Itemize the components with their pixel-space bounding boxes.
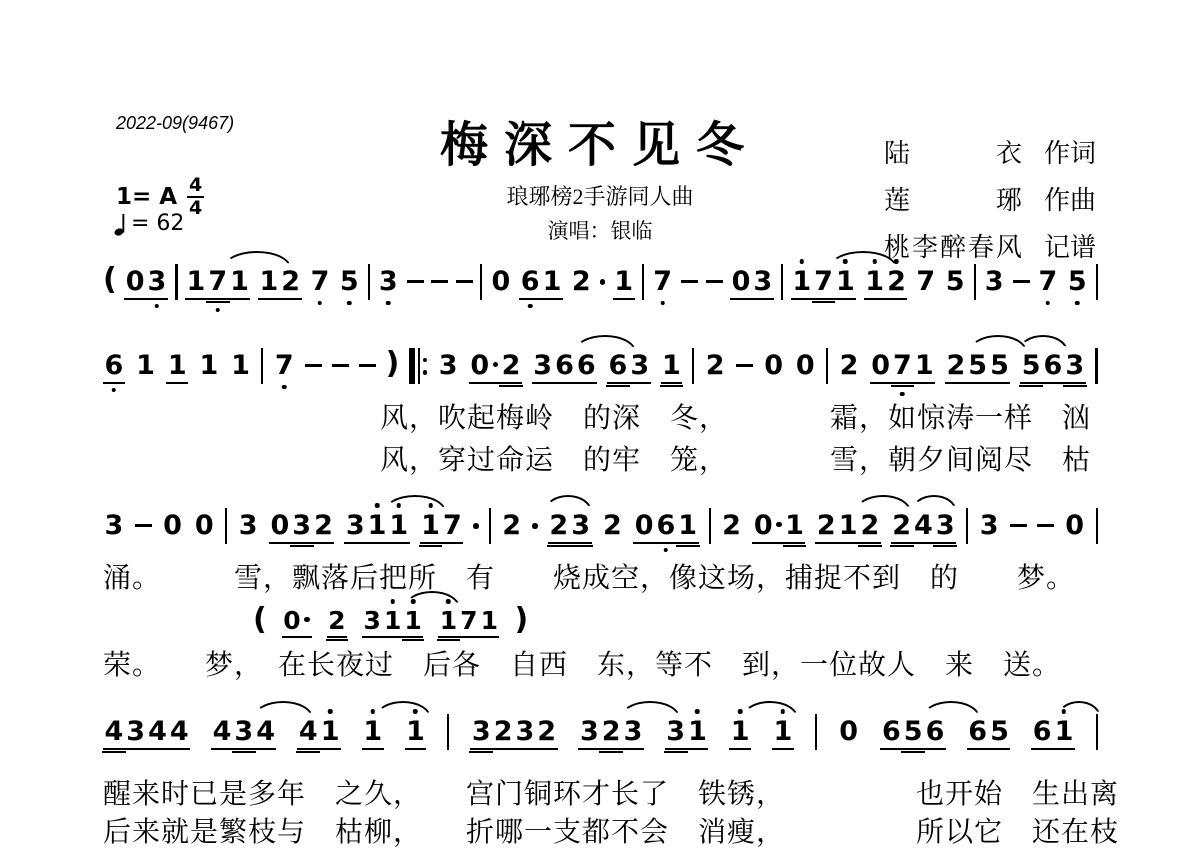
music-note: 0 bbox=[490, 268, 512, 295]
music-note: 2 bbox=[501, 512, 523, 539]
music-note: 1 bbox=[405, 718, 427, 745]
note-group: 23 bbox=[548, 512, 592, 544]
note-group: 171 bbox=[438, 608, 499, 638]
music-note: 5 bbox=[989, 718, 1011, 745]
music-note: 3 bbox=[237, 512, 259, 539]
music-note: 6 bbox=[519, 268, 541, 295]
credit-name-char: 风 bbox=[996, 227, 1022, 264]
barline bbox=[261, 348, 263, 384]
music-note: 1 bbox=[791, 268, 813, 295]
note-group: 12 bbox=[864, 268, 908, 300]
repeat-dots bbox=[423, 348, 428, 384]
music-note: 1 bbox=[230, 352, 252, 379]
barline bbox=[489, 508, 491, 544]
note-group: 61 bbox=[519, 268, 563, 300]
repeat-sign bbox=[409, 348, 427, 384]
duration-dash bbox=[135, 524, 152, 527]
music-note: 0 bbox=[162, 512, 184, 539]
music-note: 3 bbox=[665, 718, 687, 745]
music-note: 2 bbox=[815, 512, 837, 539]
music-note: 7 bbox=[1037, 268, 1059, 295]
music-note: 2 bbox=[721, 512, 743, 539]
music-note: 0 bbox=[838, 718, 860, 745]
credit-role: 记谱 bbox=[1044, 227, 1096, 264]
note-group: 1 bbox=[405, 718, 427, 750]
note-group: 01 bbox=[752, 512, 805, 544]
key-label: 1= A bbox=[116, 184, 177, 210]
credit-name-char: 春 bbox=[968, 227, 994, 264]
music-note: 3 bbox=[983, 268, 1005, 295]
credit-name: 陆衣 bbox=[884, 133, 1022, 170]
music-note: 1 bbox=[479, 608, 499, 633]
music-note: 7 bbox=[309, 268, 331, 295]
repeat-dot bbox=[423, 358, 428, 363]
note-group: 366 bbox=[532, 352, 597, 384]
duration-dash bbox=[1010, 524, 1027, 527]
barline bbox=[368, 264, 370, 300]
music-note: 4 bbox=[255, 718, 277, 745]
music-note: 3 bbox=[377, 268, 399, 295]
music-note: 0 bbox=[763, 352, 785, 379]
note-group: 03 bbox=[124, 268, 168, 300]
music-note: 4 bbox=[913, 512, 935, 539]
credit-role: 作词 bbox=[1044, 133, 1096, 170]
music-note: 0 bbox=[870, 352, 892, 379]
credit-name-char: 衣 bbox=[996, 133, 1022, 170]
music-note: 1 bbox=[229, 268, 251, 295]
music-line-3: 300303231117223206120121224330 bbox=[103, 512, 1098, 544]
duration-dash bbox=[736, 364, 753, 367]
music-note: 5 bbox=[338, 268, 360, 295]
note-group: 1 bbox=[362, 718, 384, 750]
music-note: 2 bbox=[600, 718, 622, 745]
credit-row: 桃李醉春风记谱 bbox=[884, 227, 1096, 264]
duration-dash bbox=[407, 280, 424, 283]
note-group: 563 bbox=[1020, 352, 1085, 384]
music-note: 4 bbox=[211, 718, 233, 745]
note-group: 255 bbox=[945, 352, 1010, 384]
credit-name-char: 醉 bbox=[940, 227, 966, 264]
music-note: 2 bbox=[601, 512, 623, 539]
music-note: 6 bbox=[1042, 352, 1064, 379]
music-note: 3 bbox=[470, 718, 492, 745]
music-line-2: 611117)3023666312002071255563 bbox=[103, 352, 1098, 384]
note-group: 02 bbox=[469, 352, 522, 384]
music-note: 3 bbox=[103, 512, 125, 539]
paren: ( bbox=[103, 266, 117, 294]
music-note: 3 bbox=[362, 608, 382, 633]
barline bbox=[1096, 714, 1098, 750]
quarter-note-icon bbox=[114, 210, 127, 237]
music-note: 6 bbox=[103, 352, 125, 379]
music-note: 2 bbox=[492, 718, 514, 745]
repeat-dot bbox=[423, 370, 428, 375]
note-group: 032 bbox=[269, 512, 334, 544]
music-note: 1 bbox=[729, 718, 751, 745]
music-note: 0 bbox=[1064, 512, 1086, 539]
note-group: 171 bbox=[185, 268, 250, 300]
music-note: 6 bbox=[655, 512, 677, 539]
barline bbox=[974, 264, 976, 300]
music-note: 3 bbox=[629, 352, 651, 379]
music-note: 1 bbox=[319, 718, 341, 745]
note-group: 323 bbox=[578, 718, 643, 750]
music-note: 0 bbox=[282, 608, 302, 633]
barline bbox=[781, 264, 783, 300]
barline bbox=[1096, 508, 1098, 544]
lyric-line-4: 荣。 梦， 在长夜过 后各 自西 东，等不 到，一位故人 来 送。 bbox=[103, 643, 1061, 683]
lyric-line-1: 风，吹起梅岭 的深 冬， 霜，如惊涛一样 汹 bbox=[380, 396, 1091, 436]
credit-row: 莲琊作曲 bbox=[884, 180, 1096, 217]
music-note: 7 bbox=[273, 352, 295, 379]
music-note: 2 bbox=[859, 512, 881, 539]
music-note: 1 bbox=[784, 512, 806, 539]
music-note: 3 bbox=[1064, 352, 1086, 379]
music-note: 3 bbox=[291, 512, 313, 539]
note-group: 656 bbox=[880, 718, 945, 750]
duration-dash bbox=[431, 280, 448, 283]
music-note: 7 bbox=[652, 268, 674, 295]
music-note: 2 bbox=[945, 352, 967, 379]
music-note: 0 bbox=[794, 352, 816, 379]
note-group: 3232 bbox=[470, 718, 557, 750]
note-group: 6 bbox=[103, 352, 125, 384]
music-note: 1 bbox=[837, 512, 859, 539]
dot-note bbox=[304, 617, 310, 623]
note-group: 41 bbox=[297, 718, 341, 750]
music-note: 2 bbox=[536, 718, 558, 745]
credit-row: 陆衣作词 bbox=[884, 133, 1096, 170]
note-group: 071 bbox=[870, 352, 935, 384]
barline bbox=[225, 508, 227, 544]
music-note: 3 bbox=[233, 718, 255, 745]
note-group: 1 bbox=[661, 352, 683, 384]
lyric-line-5: 醒来时已是多年 之久， 宫门铜环才长了 铁锈， 也开始 生出离 bbox=[103, 772, 1119, 812]
music-note: 6 bbox=[880, 718, 902, 745]
paren: ( bbox=[253, 606, 267, 634]
note-group: 17 bbox=[420, 512, 464, 544]
music-line-5: 434443441113232323311106566561 bbox=[103, 718, 1098, 750]
barline bbox=[1095, 348, 1097, 384]
credit-name-char: 陆 bbox=[884, 133, 910, 170]
music-note: 6 bbox=[554, 352, 576, 379]
music-note: 0 bbox=[730, 268, 752, 295]
dot-note bbox=[776, 522, 782, 528]
note-group: 212 bbox=[815, 512, 880, 544]
music-note: 0 bbox=[124, 268, 146, 295]
meter-numerator: 4 bbox=[189, 176, 202, 195]
music-note: 1 bbox=[613, 268, 635, 295]
note-group: 63 bbox=[607, 352, 651, 384]
music-note: 1 bbox=[438, 608, 458, 633]
music-note: 2 bbox=[548, 512, 570, 539]
music-note: 3 bbox=[752, 268, 774, 295]
duration-dash bbox=[456, 280, 473, 283]
note-group: 243 bbox=[891, 512, 956, 544]
augmentation-dot bbox=[473, 523, 479, 529]
music-note: 2 bbox=[570, 268, 592, 295]
music-note: 4 bbox=[297, 718, 319, 745]
music-note: 4 bbox=[147, 718, 169, 745]
dot-note bbox=[493, 362, 499, 368]
music-note: 6 bbox=[1031, 718, 1053, 745]
music-note: 3 bbox=[934, 512, 956, 539]
duration-dash bbox=[332, 364, 349, 367]
music-note: 1 bbox=[258, 268, 280, 295]
barline bbox=[480, 264, 482, 300]
music-note: 0 bbox=[469, 352, 491, 379]
music-note: 0 bbox=[752, 512, 774, 539]
note-group: 434 bbox=[211, 718, 276, 750]
barline bbox=[966, 508, 968, 544]
barline bbox=[692, 348, 694, 384]
music-note: 1 bbox=[913, 352, 935, 379]
music-note: 4 bbox=[103, 718, 125, 745]
music-note: 3 bbox=[570, 512, 592, 539]
barline bbox=[447, 714, 449, 750]
paren: ) bbox=[386, 350, 400, 378]
credit-name-char: 莲 bbox=[884, 180, 910, 217]
music-note: 5 bbox=[989, 352, 1011, 379]
music-note: 6 bbox=[924, 718, 946, 745]
music-note: 6 bbox=[607, 352, 629, 379]
music-note: 1 bbox=[677, 512, 699, 539]
lyric-line-6: 后来就是繁枝与 枯柳， 折哪一支都不会 消瘦， 所以它 还在枝 bbox=[103, 810, 1119, 850]
note-group: 311 bbox=[344, 512, 409, 544]
music-note: 2 bbox=[891, 512, 913, 539]
augmentation-dot bbox=[532, 523, 538, 529]
meter-denominator: 4 bbox=[189, 199, 202, 218]
duration-dash bbox=[681, 280, 698, 283]
music-note: 3 bbox=[532, 352, 554, 379]
time-signature: 4 4 bbox=[187, 176, 204, 218]
note-group: 2 bbox=[327, 608, 347, 638]
tempo-value: = 62 bbox=[131, 211, 184, 236]
music-note: 3 bbox=[514, 718, 536, 745]
augmentation-dot bbox=[600, 279, 606, 285]
note-group: 061 bbox=[633, 512, 698, 544]
music-note: 2 bbox=[313, 512, 335, 539]
music-note: 1 bbox=[388, 512, 410, 539]
music-note: 4 bbox=[168, 718, 190, 745]
credits: 陆衣作词莲琊作曲桃李醉春风记谱 bbox=[884, 133, 1096, 274]
music-note: 2 bbox=[838, 352, 860, 379]
repeat-thick-bar bbox=[409, 348, 415, 384]
music-line-1: (0317112753061217031711275375 bbox=[103, 268, 1098, 300]
barline bbox=[826, 348, 828, 384]
duration-dash bbox=[706, 280, 723, 283]
credit-role: 作曲 bbox=[1044, 180, 1096, 217]
note-group: 12 bbox=[258, 268, 302, 300]
music-note: 1 bbox=[541, 268, 563, 295]
music-note: 1 bbox=[135, 352, 157, 379]
barline bbox=[709, 508, 711, 544]
duration-dash bbox=[1037, 524, 1054, 527]
music-note: 0 bbox=[633, 512, 655, 539]
credit-name: 桃李醉春风 bbox=[884, 227, 1022, 264]
repeat-thin-bar bbox=[418, 348, 420, 384]
music-note: 3 bbox=[344, 512, 366, 539]
music-note: 6 bbox=[575, 352, 597, 379]
music-note: 7 bbox=[459, 608, 479, 633]
music-note: 7 bbox=[441, 512, 463, 539]
music-note: 1 bbox=[198, 352, 220, 379]
music-note: 5 bbox=[1020, 352, 1042, 379]
credit-name-char: 李 bbox=[912, 227, 938, 264]
note-group: 1 bbox=[613, 268, 635, 300]
music-note: 1 bbox=[661, 352, 683, 379]
music-note: 5 bbox=[944, 268, 966, 295]
sheet-page: 2022-09(9467) 梅深不见冬 琅琊榜2手游同人曲 演唱：银临 1= A… bbox=[0, 0, 1200, 850]
music-note: 1 bbox=[772, 718, 794, 745]
music-note: 0 bbox=[193, 512, 215, 539]
music-note: 3 bbox=[622, 718, 644, 745]
music-note: 5 bbox=[902, 718, 924, 745]
music-note: 7 bbox=[915, 268, 937, 295]
music-note: 1 bbox=[366, 512, 388, 539]
note-group: 171 bbox=[791, 268, 856, 300]
music-note: 1 bbox=[834, 268, 856, 295]
music-note: 1 bbox=[687, 718, 709, 745]
note-group: 1 bbox=[772, 718, 794, 750]
music-note: 2 bbox=[327, 608, 347, 633]
barline bbox=[642, 264, 644, 300]
music-note: 2 bbox=[886, 268, 908, 295]
duration-dash bbox=[305, 364, 322, 367]
duration-dash bbox=[359, 364, 376, 367]
lyric-line-3: 涌。 雪，飘落后把所 有 烧成空，像这场，捕捉不到 的 梦。 bbox=[103, 556, 1075, 596]
note-group: 4344 bbox=[103, 718, 190, 750]
tempo-marking: = 62 bbox=[114, 210, 184, 237]
music-note: 2 bbox=[500, 352, 522, 379]
music-note: 7 bbox=[892, 352, 914, 379]
music-note: 1 bbox=[420, 512, 442, 539]
barline bbox=[815, 714, 817, 750]
note-group: 1 bbox=[166, 352, 188, 384]
music-note: 3 bbox=[146, 268, 168, 295]
music-note: 3 bbox=[125, 718, 147, 745]
music-note: 1 bbox=[185, 268, 207, 295]
music-note: 7 bbox=[207, 268, 229, 295]
music-note: 1 bbox=[403, 608, 423, 633]
barline bbox=[175, 264, 177, 300]
music-note: 1 bbox=[166, 352, 188, 379]
note-group: 0 bbox=[282, 608, 312, 638]
music-note: 5 bbox=[1066, 268, 1088, 295]
music-note: 1 bbox=[362, 718, 384, 745]
music-note: 3 bbox=[978, 512, 1000, 539]
music-note: 1 bbox=[1053, 718, 1075, 745]
credit-name-char: 琊 bbox=[996, 180, 1022, 217]
credit-name: 莲琊 bbox=[884, 180, 1022, 217]
music-note: 3 bbox=[437, 352, 459, 379]
music-note: 1 bbox=[382, 608, 402, 633]
music-note: 6 bbox=[967, 718, 989, 745]
note-group: 65 bbox=[967, 718, 1011, 750]
note-group: 03 bbox=[730, 268, 774, 300]
lyric-line-2: 风，穿过命运 的牢 笼， 雪，朝夕间阅尽 枯 bbox=[380, 438, 1091, 478]
music-note: 2 bbox=[704, 352, 726, 379]
music-note: 0 bbox=[269, 512, 291, 539]
note-group: 61 bbox=[1031, 718, 1075, 750]
music-note: 1 bbox=[864, 268, 886, 295]
note-group: 1 bbox=[729, 718, 751, 750]
music-note: 2 bbox=[280, 268, 302, 295]
barline bbox=[1096, 264, 1098, 300]
music-note: 7 bbox=[813, 268, 835, 295]
paren: ) bbox=[514, 606, 528, 634]
music-line-4: (02311171) bbox=[253, 608, 543, 638]
note-group: 31 bbox=[665, 718, 709, 750]
music-note: 5 bbox=[967, 352, 989, 379]
music-note: 3 bbox=[578, 718, 600, 745]
note-group: 311 bbox=[362, 608, 423, 638]
duration-dash bbox=[1013, 280, 1030, 283]
